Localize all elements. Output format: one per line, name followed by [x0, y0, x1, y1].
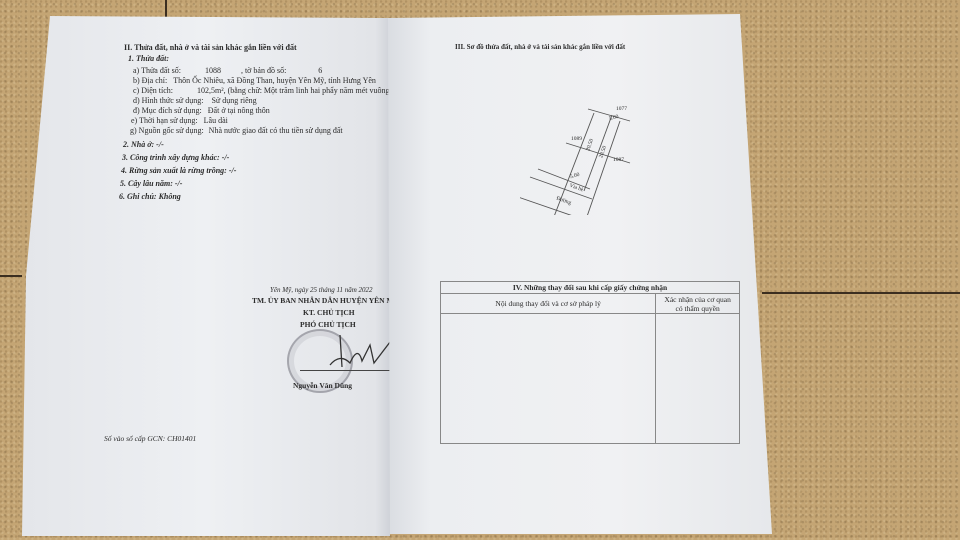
changes-table: IV. Những thay đổi sau khi cấp giấy chứn…	[440, 281, 740, 444]
section-ii-title: II. Thửa đất, nhà ở và tài sản khác gắn …	[124, 43, 297, 53]
floor-tile-seam	[165, 0, 167, 18]
field-address: b) Địa chỉ: Thôn Ốc Nhiêu, xã Đồng Than,…	[133, 76, 376, 86]
item-other-construction: 3. Công trình xây dựng khác: -/-	[122, 153, 229, 163]
land-heading: 1. Thửa đất:	[128, 54, 169, 64]
section-iii-title: III. Sơ đồ thửa đất, nhà ở và tài sản kh…	[455, 42, 625, 52]
floor-tile-seam	[0, 275, 22, 277]
item-production-forest: 4. Rừng sản xuất là rừng trồng: -/-	[121, 166, 236, 176]
parcel-label-north: 1077	[616, 104, 627, 114]
field-area: c) Diện tích: 102,5m², (bằng chữ: Một tr…	[133, 86, 392, 96]
changes-table-title: IV. Những thay đổi sau khi cấp giấy chứn…	[441, 282, 740, 294]
signature-org: TM. ỦY BAN NHÂN DÂN HUYỆN YÊN MỸ	[252, 296, 399, 306]
item-perennial-trees: 5. Cây lâu năm: -/-	[120, 179, 182, 189]
signature-date: Yên Mỹ, ngày 25 tháng 11 năm 2022	[270, 285, 373, 295]
field-usage-origin: g) Nguồn gốc sử dụng: Nhà nước giao đất …	[130, 126, 343, 136]
parcel-label-west: 1089	[571, 134, 582, 144]
signer-name: Nguyễn Văn Dũng	[293, 381, 352, 391]
changes-confirmation-cell	[656, 314, 740, 444]
floor-tile-seam	[762, 292, 960, 294]
field-usage-form: d) Hình thức sử dụng: Sử dụng riêng	[133, 96, 257, 106]
changes-content-cell	[441, 314, 656, 444]
parcel-label-east: 1087	[613, 155, 624, 165]
changes-column-confirmation: Xác nhận của cơ quan có thẩm quyền	[656, 294, 740, 314]
field-usage-purpose: đ) Mục đích sử dụng: Đất ở tại nông thôn	[133, 106, 270, 116]
item-notes: 6. Ghi chú: Không	[119, 192, 181, 202]
signature-role-1: KT. CHỦ TỊCH	[303, 308, 355, 318]
changes-column-content: Nội dung thay đổi và cơ sở pháp lý	[441, 294, 656, 314]
registry-number: Số vào sổ cấp GCN: CH01401	[104, 434, 196, 444]
field-parcel: a) Thửa đất số: 1088 , tờ bản đồ số: 6	[133, 66, 322, 76]
field-usage-term: e) Thời hạn sử dụng: Lâu dài	[131, 116, 228, 126]
certificate-right-page	[384, 14, 772, 534]
item-house: 2. Nhà ở: -/-	[123, 140, 164, 150]
